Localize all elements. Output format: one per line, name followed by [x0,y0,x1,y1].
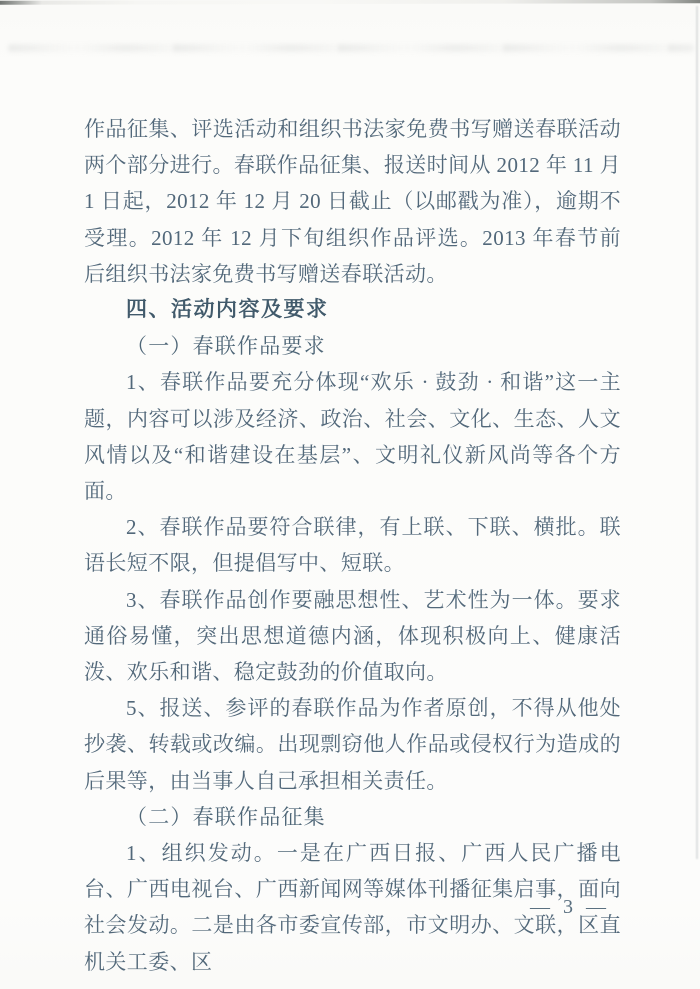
scan-top-edge-artifact [0,0,700,5]
paragraph-item-5: 5、报送、参评的春联作品为作者原创，不得从他处抄袭、转载或改编。出现剽窃他人作品… [84,690,621,799]
section-heading: 四、活动内容及要求 [84,292,621,328]
paragraph-continuation: 作品征集、评选活动和组织书法家免费书写赠送春联活动两个部分进行。春联作品征集、报… [84,111,621,292]
subsection-heading-2: （二）春联作品征集 [84,799,621,835]
document-text-block: 作品征集、评选活动和组织书法家免费书写赠送春联活动两个部分进行。春联作品征集、报… [84,111,621,980]
scanned-document-page: 作品征集、评选活动和组织书法家免费书写赠送春联活动两个部分进行。春联作品征集、报… [0,0,700,989]
paragraph-item-3: 3、春联作品创作要融思想性、艺术性为一体。要求通俗易懂，突出思想道德内涵，体现积… [84,582,621,691]
paragraph-item-2: 2、春联作品要符合联律，有上联、下联、横批。联语长短不限，但提倡写中、短联。 [84,509,621,581]
paragraph-item-1: 1、春联作品要充分体现“欢乐 · 鼓劲 · 和谐”这一主题，内容可以涉及经济、政… [84,364,621,509]
scan-right-edge-artifact [696,6,698,859]
page-number: — 3 — [530,896,610,919]
subsection-heading-1: （一）春联作品要求 [84,328,621,364]
scan-smudge-artifact [8,44,694,52]
